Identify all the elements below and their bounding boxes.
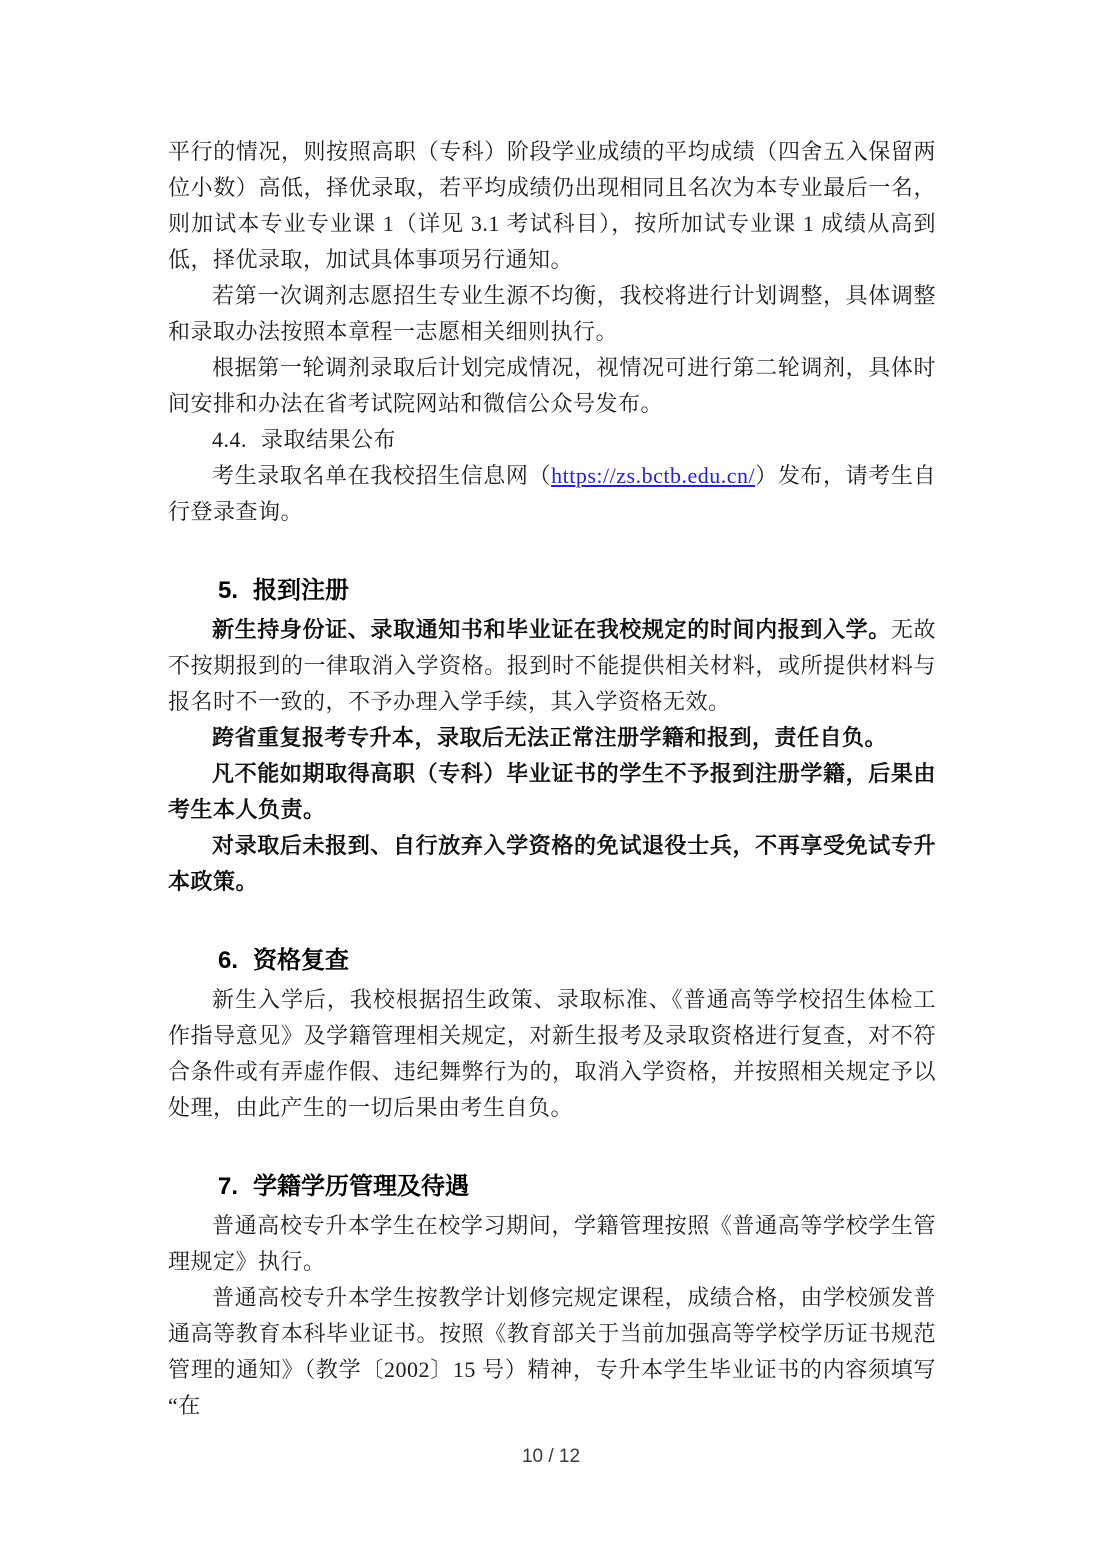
paragraph-tiebreak-rules: 平行的情况，则按照高职（专科）阶段学业成绩的平均成绩（四舍五入保留两位小数）高低… — [168, 134, 936, 278]
heading-6-title: 资格复查 — [253, 947, 349, 974]
subheading-4-4: 4.4.录取结果公布 — [168, 422, 936, 458]
heading-7-number: 7. — [218, 1173, 238, 1200]
heading-5-number: 5. — [218, 577, 238, 604]
admissions-website-link[interactable]: https://zs.bctb.edu.cn/ — [551, 463, 755, 488]
heading-5-title: 报到注册 — [253, 577, 349, 604]
heading-section-5: 5.报到注册 — [168, 573, 936, 609]
paragraph-result-publication: 考生录取名单在我校招生信息网（https://zs.bctb.edu.cn/）发… — [168, 458, 936, 530]
paragraph-first-adjustment: 若第一次调剂志愿招生专业生源不均衡，我校将进行计划调整，具体调整和录取办法按照本… — [168, 278, 936, 350]
heading-section-6: 6.资格复查 — [168, 943, 936, 979]
result-text-prefix: 考生录取名单在我校招生信息网（ — [212, 463, 551, 488]
document-page: 平行的情况，则按照高职（专科）阶段学业成绩的平均成绩（四舍五入保留两位小数）高低… — [0, 0, 1102, 1559]
subheading-4-4-number: 4.4. — [212, 427, 247, 452]
subheading-4-4-title: 录取结果公布 — [261, 427, 396, 452]
document-content: 平行的情况，则按照高职（专科）阶段学业成绩的平均成绩（四舍五入保留两位小数）高低… — [168, 134, 936, 1424]
paragraph-qualification-review: 新生入学后，我校根据招生政策、录取标准、《普通高等学校招生体检工作指导意见》及学… — [168, 982, 936, 1126]
paragraph-diploma-requirement: 凡不能如期取得高职（专科）毕业证书的学生不予报到注册学籍，后果由考生本人负责。 — [168, 756, 936, 828]
paragraph-enrollment-requirements: 新生持身份证、录取通知书和毕业证在我校规定的时间内报到入学。无故不按期报到的一律… — [168, 612, 936, 720]
enrollment-bold-lead: 新生持身份证、录取通知书和毕业证在我校规定的时间内报到入学。 — [212, 617, 891, 642]
heading-section-7: 7.学籍学历管理及待遇 — [168, 1169, 936, 1205]
paragraph-student-status-management: 普通高校专升本学生在校学习期间，学籍管理按照《普通高等学校学生管理规定》执行。 — [168, 1208, 936, 1280]
paragraph-exempt-veterans: 对录取后未报到、自行放弃入学资格的免试退役士兵，不再享受免试专升本政策。 — [168, 828, 936, 900]
paragraph-diploma-issuance: 普通高校专升本学生按教学计划修完规定课程，成绩合格，由学校颁发普通高等教育本科毕… — [168, 1280, 936, 1424]
heading-6-number: 6. — [218, 947, 238, 974]
paragraph-second-adjustment: 根据第一轮调剂录取后计划完成情况，视情况可进行第二轮调剂，具体时间安排和办法在省… — [168, 350, 936, 422]
page-number: 10 / 12 — [0, 1444, 1102, 1470]
paragraph-cross-province-warning: 跨省重复报考专升本，录取后无法正常注册学籍和报到，责任自负。 — [168, 720, 936, 756]
heading-7-title: 学籍学历管理及待遇 — [253, 1173, 469, 1200]
